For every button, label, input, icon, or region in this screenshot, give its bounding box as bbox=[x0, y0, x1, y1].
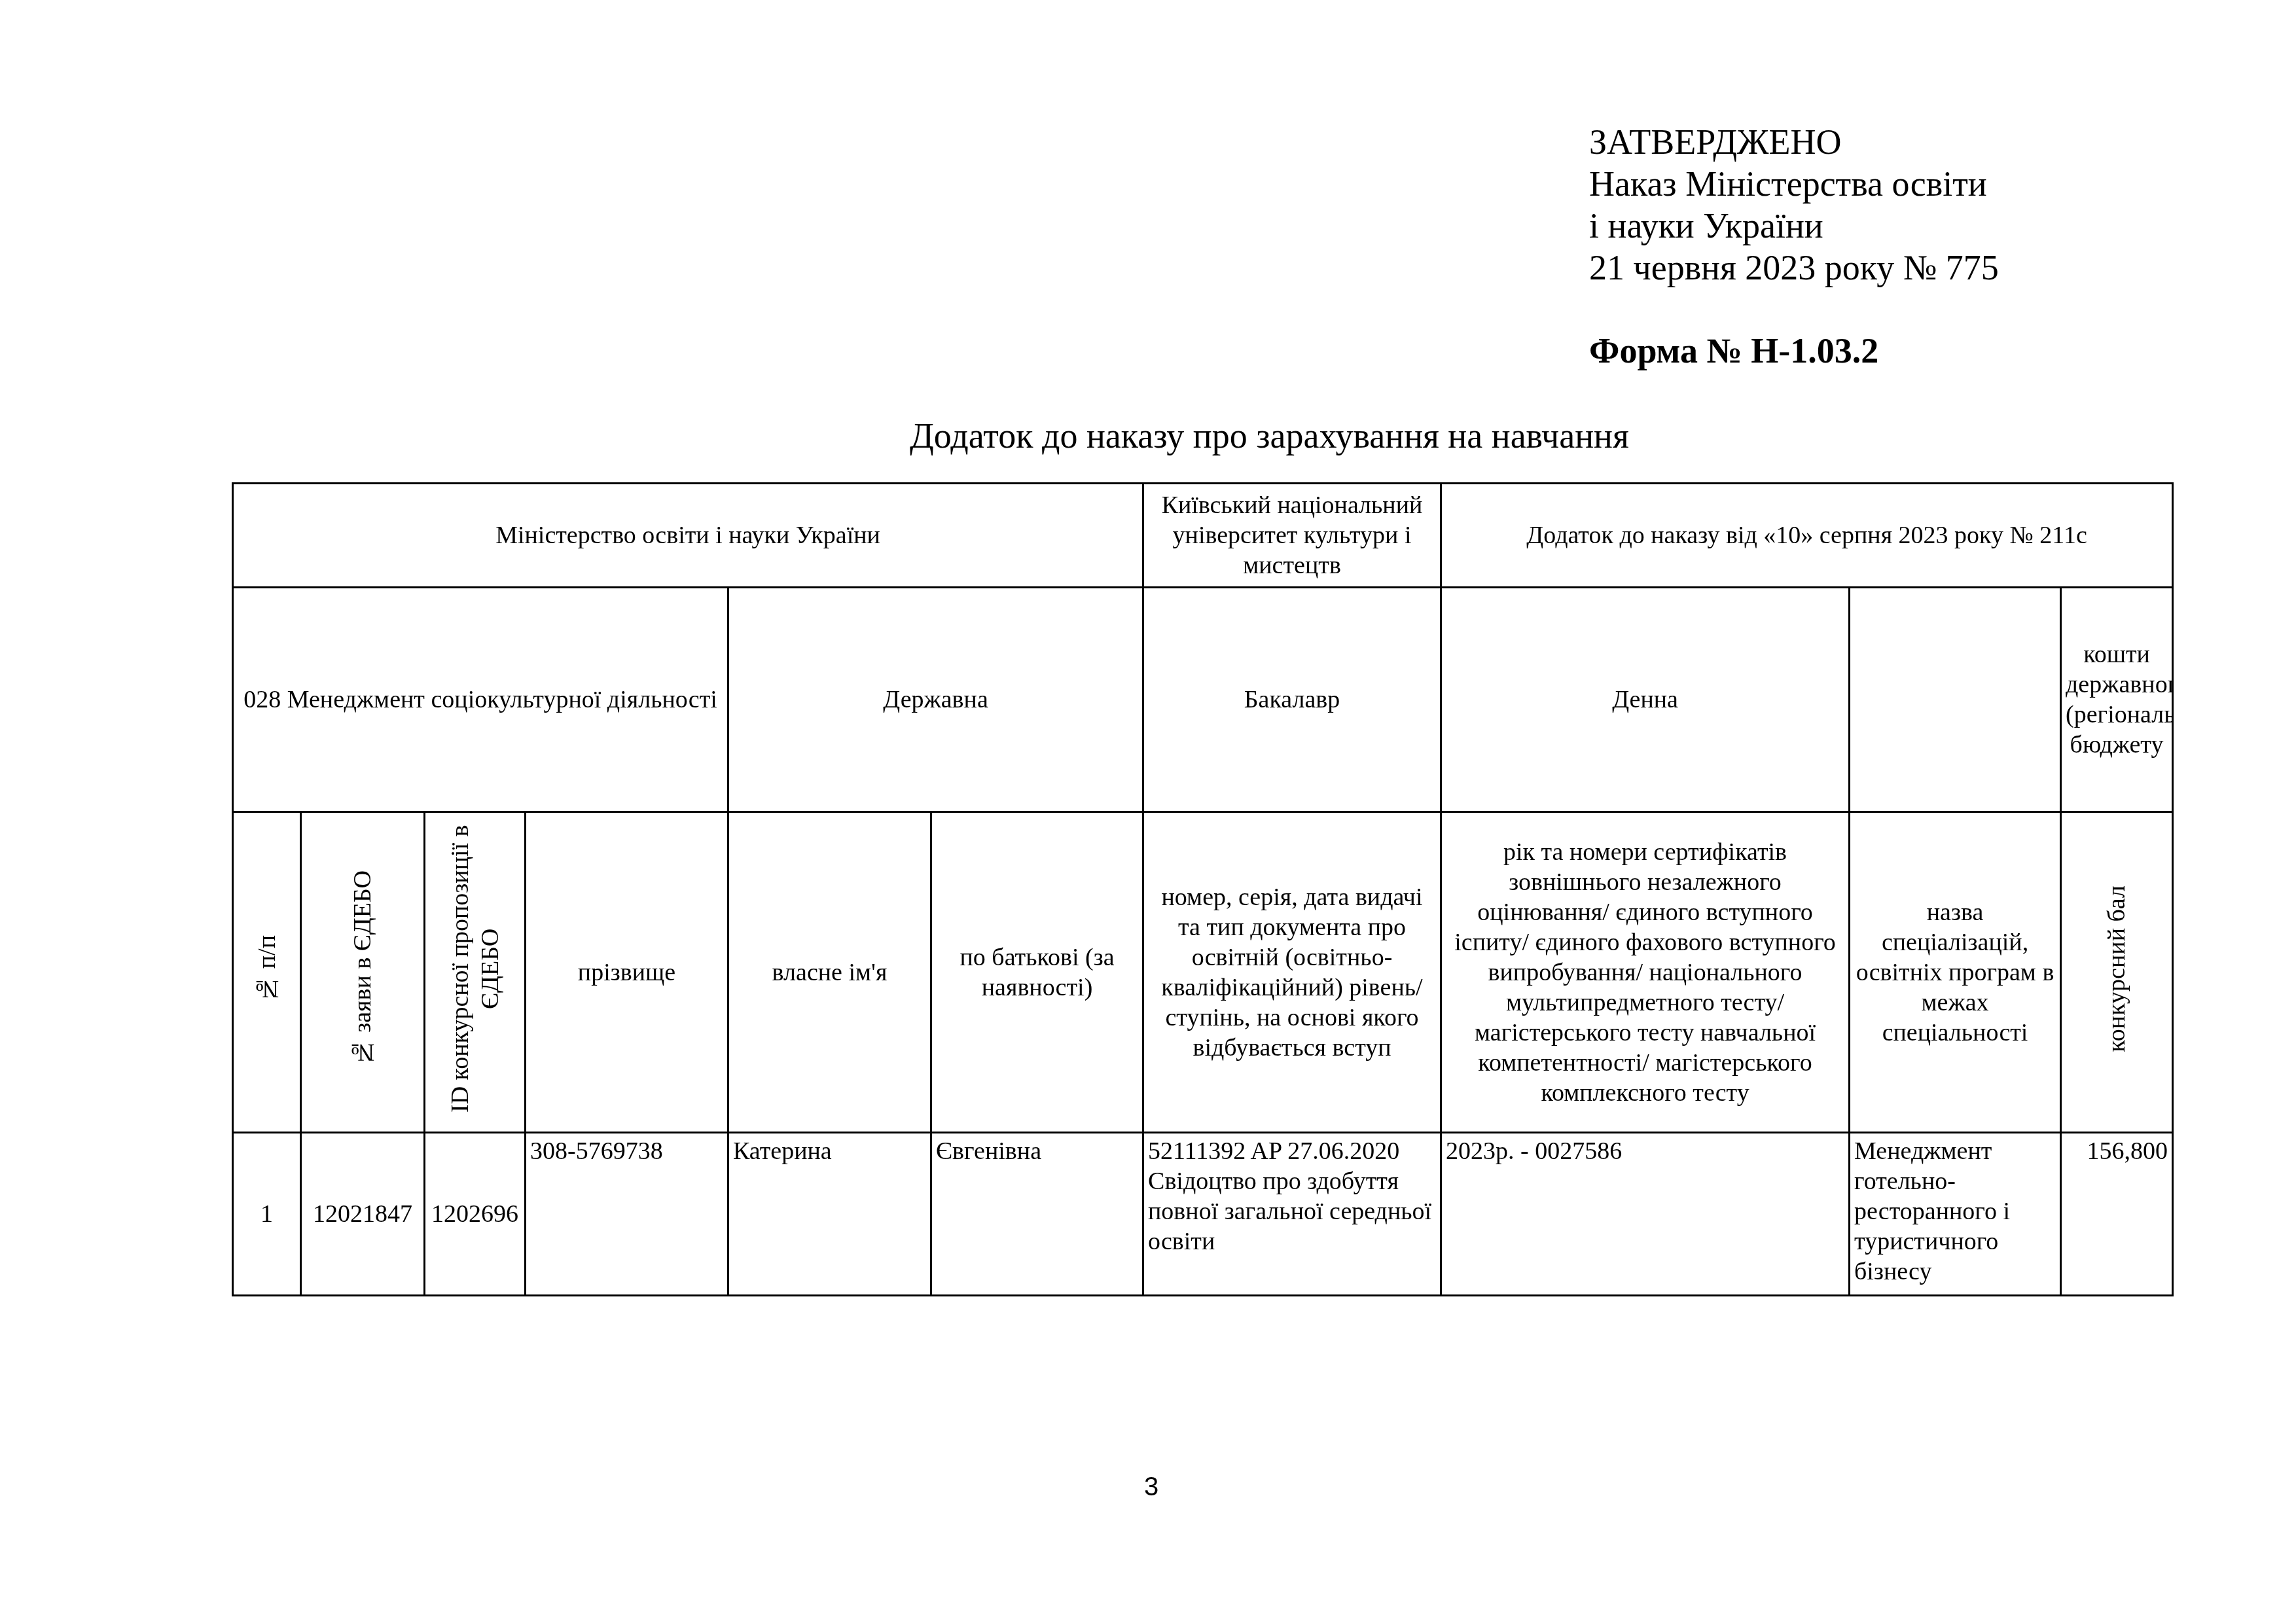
study-form-cell: Денна bbox=[1441, 588, 1850, 812]
column-header: ID конкурсної пропозиції в ЄДЕБО bbox=[425, 812, 526, 1133]
education-document: 52111392 AP 27.06.2020 Свідоцтво про здо… bbox=[1143, 1133, 1441, 1296]
degree-cell: Бакалавр bbox=[1143, 588, 1441, 812]
row-number: 1 bbox=[233, 1133, 301, 1296]
approval-line: ЗАТВЕРДЖЕНО bbox=[1589, 121, 1999, 163]
column-header: прізвище bbox=[526, 812, 728, 1133]
column-header-label: № заяви в ЄДЕБО bbox=[348, 870, 378, 1066]
approval-line: 21 червня 2023 року № 775 bbox=[1589, 247, 1999, 289]
table-row: 1 12021847 1202696 308-5769738 Катерина … bbox=[233, 1133, 2173, 1296]
column-header: по батькові (за наявності) bbox=[931, 812, 1143, 1133]
surname: 308-5769738 bbox=[526, 1133, 728, 1296]
header-row-program: 028 Менеджмент соціокультурної діяльност… bbox=[233, 588, 2173, 812]
column-header-label: конкурсний бал bbox=[2102, 885, 2132, 1052]
ministry-cell: Міністерство освіти і науки України bbox=[233, 484, 1143, 588]
program-name: Менеджмент готельно-ресторанного і турис… bbox=[1850, 1133, 2061, 1296]
column-header: рік та номери сертифікатів зовнішнього н… bbox=[1441, 812, 1850, 1133]
approval-line: Наказ Міністерства освіти bbox=[1589, 163, 1999, 205]
empty-cell bbox=[1850, 588, 2061, 812]
first-name: Катерина bbox=[728, 1133, 931, 1296]
header-row-institution: Міністерство освіти і науки України Київ… bbox=[233, 484, 2173, 588]
column-header: номер, серія, дата видачі та тип докумен… bbox=[1143, 812, 1441, 1133]
column-header: назва спеціалізацій, освітніх програм в … bbox=[1850, 812, 2061, 1133]
ownership-cell: Державна bbox=[728, 588, 1143, 812]
column-header: № заяви в ЄДЕБО bbox=[301, 812, 425, 1133]
enrollment-table: Міністерство освіти і науки України Київ… bbox=[232, 482, 2174, 1296]
certificates: 2023р. - 0027586 bbox=[1441, 1133, 1850, 1296]
funding-cell: кошти державного (регіонального) бюджету bbox=[2061, 588, 2173, 812]
competitive-score: 156,800 bbox=[2061, 1133, 2173, 1296]
approval-line: і науки України bbox=[1589, 205, 1999, 247]
approval-block: ЗАТВЕРДЖЕНО Наказ Міністерства освіти і … bbox=[1589, 121, 1999, 289]
column-header-label: № п/п bbox=[252, 935, 282, 1003]
document-title: Додаток до наказу про зарахування на нав… bbox=[910, 416, 1629, 456]
specialty-cell: 028 Менеджмент соціокультурної діяльност… bbox=[233, 588, 728, 812]
column-header-row: № п/п № заяви в ЄДЕБО ID конкурсної проп… bbox=[233, 812, 2173, 1133]
column-header: власне ім'я bbox=[728, 812, 931, 1133]
offer-id: 1202696 bbox=[425, 1133, 526, 1296]
column-header: конкурсний бал bbox=[2061, 812, 2173, 1133]
patronymic: Євгенівна bbox=[931, 1133, 1143, 1296]
university-cell: Київський національний університет культ… bbox=[1143, 484, 1441, 588]
form-number: Форма № Н-1.03.2 bbox=[1589, 330, 1878, 371]
column-header-label: ID конкурсної пропозиції в ЄДЕБО bbox=[445, 818, 505, 1119]
order-reference-cell: Додаток до наказу від «10» серпня 2023 р… bbox=[1441, 484, 2173, 588]
page-number: 3 bbox=[1144, 1472, 1158, 1502]
application-number: 12021847 bbox=[301, 1133, 425, 1296]
column-header: № п/п bbox=[233, 812, 301, 1133]
